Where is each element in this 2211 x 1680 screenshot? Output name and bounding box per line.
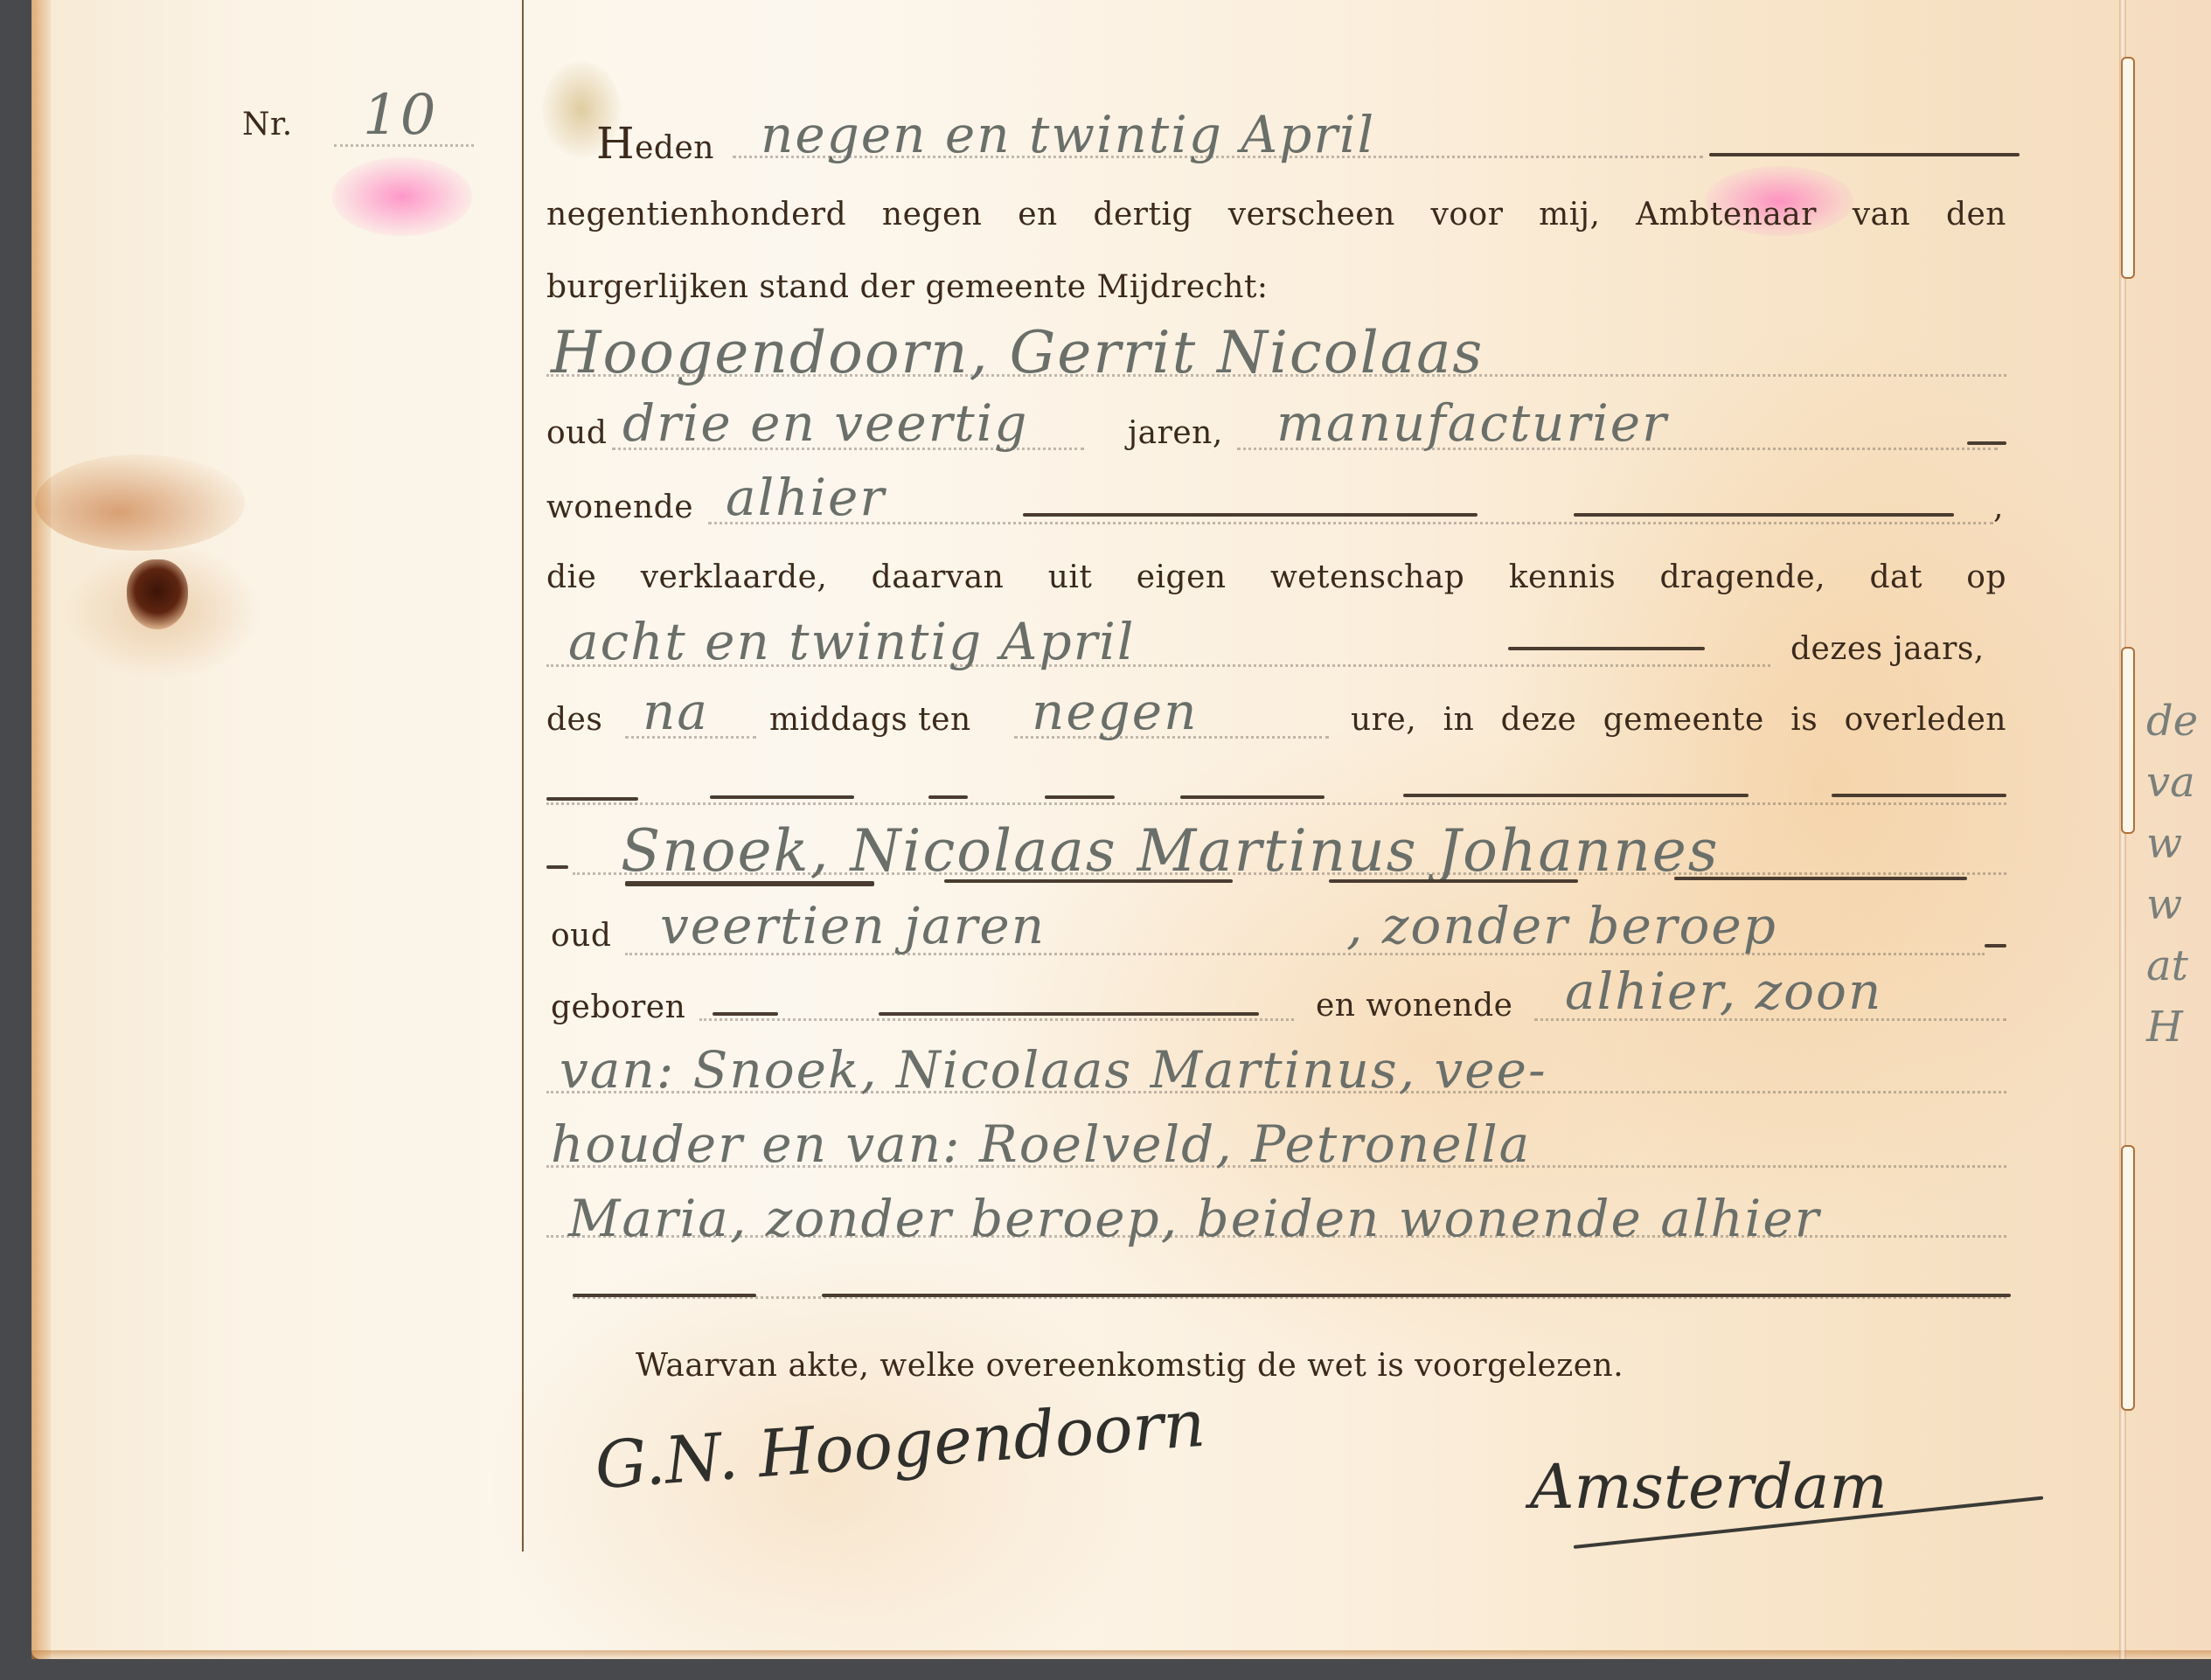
dotted-line bbox=[612, 448, 1084, 450]
printed-oud: oud bbox=[546, 415, 607, 451]
dotted-line bbox=[1534, 1018, 2006, 1021]
printed-line-9-end: ure, in deze gemeente is overleden bbox=[1351, 702, 2006, 738]
fill-rule bbox=[1832, 794, 2006, 797]
fill-rule bbox=[879, 1012, 1259, 1016]
fill-rule bbox=[1985, 944, 2006, 948]
printed-line-2: negentienhonderd negen en dertig versche… bbox=[546, 197, 2006, 233]
name-underline bbox=[1329, 879, 1578, 883]
fill-rule bbox=[1403, 794, 1749, 797]
dotted-line bbox=[546, 664, 1770, 667]
fill-rule bbox=[822, 1294, 2011, 1297]
fill-rule bbox=[713, 1012, 778, 1016]
printed-line-3: burgerlijken stand der gemeente Mijdrech… bbox=[546, 269, 1269, 305]
printed-jaren: jaren, bbox=[1128, 415, 1223, 451]
record-number-label: Nr. bbox=[242, 107, 293, 142]
dotted-line bbox=[334, 144, 474, 147]
fill-rule bbox=[1709, 153, 2020, 156]
signature-official: Amsterdam bbox=[1530, 1451, 1888, 1523]
printed-en-wonende: en wonende bbox=[1316, 988, 1512, 1024]
hand-mother-continued: Maria, zonder beroep, beiden wonende alh… bbox=[568, 1189, 1820, 1248]
adjacent-page-handwriting: de va w w at H bbox=[2146, 691, 2198, 1058]
printed-oud-2: oud bbox=[551, 918, 611, 954]
fill-rule bbox=[710, 795, 854, 799]
binding-stitch-1 bbox=[2121, 57, 2135, 279]
printed-heden: Heden bbox=[596, 118, 714, 169]
hand-declarant-age: drie en veertig bbox=[622, 393, 1028, 453]
name-underline bbox=[625, 881, 874, 886]
hand-declarant-residence: alhier bbox=[726, 468, 886, 527]
printed-dezes-jaars: dezes jaars, bbox=[1790, 631, 1985, 667]
dotted-line bbox=[733, 156, 1703, 158]
dotted-line bbox=[625, 736, 756, 739]
margin-rule bbox=[522, 0, 524, 1552]
fill-rule bbox=[1508, 647, 1705, 650]
binding-stitch-2 bbox=[2121, 647, 2135, 834]
fill-rule bbox=[1574, 513, 1954, 517]
dotted-line bbox=[546, 1235, 2006, 1238]
hand-deceased-residence: alhier, zoon bbox=[1565, 961, 1882, 1021]
fill-rule bbox=[1023, 513, 1477, 517]
fill-rule bbox=[928, 795, 968, 799]
printed-des: des bbox=[546, 702, 602, 738]
dotted-line bbox=[1237, 448, 1998, 450]
hand-death-date: acht en twintig April bbox=[568, 612, 1135, 671]
printed-wonende: wonende bbox=[546, 489, 693, 525]
dotted-line bbox=[699, 1018, 1294, 1021]
fill-rule bbox=[1180, 795, 1325, 799]
dotted-line bbox=[625, 953, 1985, 955]
dotted-line bbox=[546, 1091, 2006, 1093]
hand-declarant-occupation: manufacturier bbox=[1276, 393, 1668, 453]
printed-geboren: geboren bbox=[551, 989, 685, 1025]
rust-spot bbox=[127, 559, 188, 629]
fill-rule bbox=[546, 797, 638, 801]
hand-time-period: na bbox=[643, 682, 709, 741]
hand-deceased-age: veertien jaren bbox=[660, 896, 1046, 955]
dotted-line bbox=[1014, 736, 1329, 739]
printed-closing: Waarvan akte, welke overeenkomstig de we… bbox=[636, 1348, 1623, 1384]
printed-middags-ten: middags ten bbox=[769, 702, 971, 738]
printed-line-7: die verklaarde, daarvan uit eigen wetens… bbox=[546, 559, 2006, 595]
fill-rule bbox=[573, 1294, 756, 1297]
page-edge-stain bbox=[31, 0, 51, 1659]
rust-splash bbox=[35, 455, 245, 551]
name-underline bbox=[1674, 877, 1967, 880]
hand-death-hour: negen bbox=[1032, 682, 1199, 741]
record-number-value: 10 bbox=[363, 83, 437, 148]
binding-stitch-3 bbox=[2121, 1145, 2135, 1411]
fill-rule bbox=[1967, 441, 2006, 445]
dotted-line bbox=[546, 802, 2006, 805]
dotted-line bbox=[573, 872, 2006, 875]
dotted-line bbox=[708, 522, 1993, 524]
dotted-line bbox=[546, 374, 2006, 377]
page-bottom-edge bbox=[31, 1650, 2211, 1661]
pink-ink-blot-left bbox=[332, 157, 472, 236]
dotted-line bbox=[546, 1165, 2006, 1168]
hand-deceased-occupation: , zonder beroep bbox=[1346, 896, 1777, 955]
fill-rule bbox=[1045, 795, 1115, 799]
fill-rule bbox=[546, 865, 568, 869]
printed-comma: , bbox=[1993, 489, 2004, 525]
name-underline bbox=[944, 879, 1233, 883]
